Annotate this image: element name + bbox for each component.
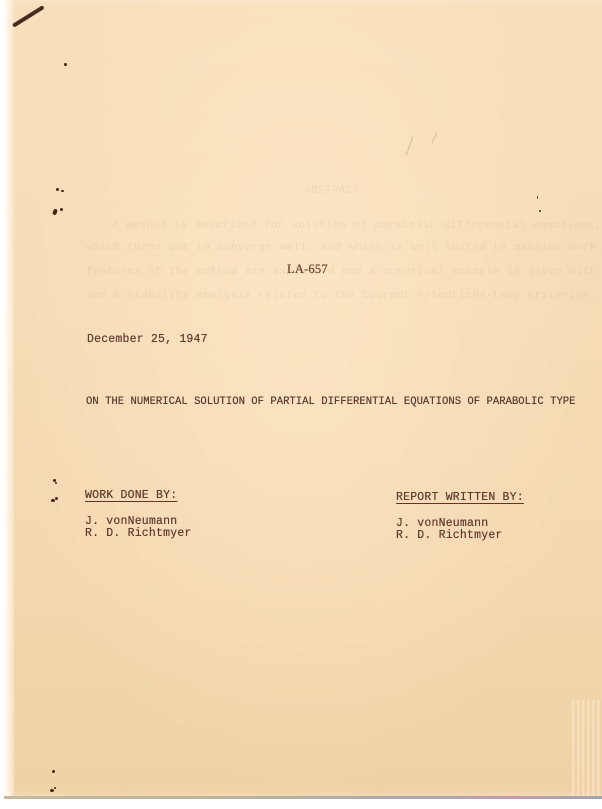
speck [537,196,538,199]
speck [55,482,57,484]
report-number: LA-657 [287,262,328,277]
document-date: December 25, 1947 [87,333,208,346]
bleed-through-line: which turns out to converge well, and wh… [86,242,602,254]
bleed-through-heading: ABSTRACT [304,185,359,197]
bleed-through-line: A method is described for solution of pa… [112,220,602,232]
page-left-edge [4,0,14,796]
staple-mark [12,5,45,27]
speck [61,190,64,192]
report-written-by-label: REPORT WRITTEN BY: [396,491,524,504]
speck [56,188,59,191]
bleed-through-line: and a stability analysis related to the … [86,290,597,302]
work-done-by-author: R. D. Richtmyer [85,527,192,540]
speck [64,63,67,66]
speck [55,497,58,500]
scan-streaks [572,700,602,796]
speck [52,770,55,773]
speck [54,787,56,789]
speck [539,210,541,212]
paper-scratch [432,132,438,143]
scanned-page: ABSTRACT A method is described for solut… [4,0,602,796]
speck [50,789,54,792]
report-written-by-author: R. D. Richtmyer [396,529,503,542]
work-done-by-label: WORK DONE BY: [85,489,177,502]
document-title: ON THE NUMERICAL SOLUTION OF PARTIAL DIF… [86,396,576,408]
paper-scratch [406,136,414,155]
binding-hole-mark [52,208,58,215]
bleed-through-line: features of the method are explained and… [86,266,602,278]
speck [60,208,63,211]
